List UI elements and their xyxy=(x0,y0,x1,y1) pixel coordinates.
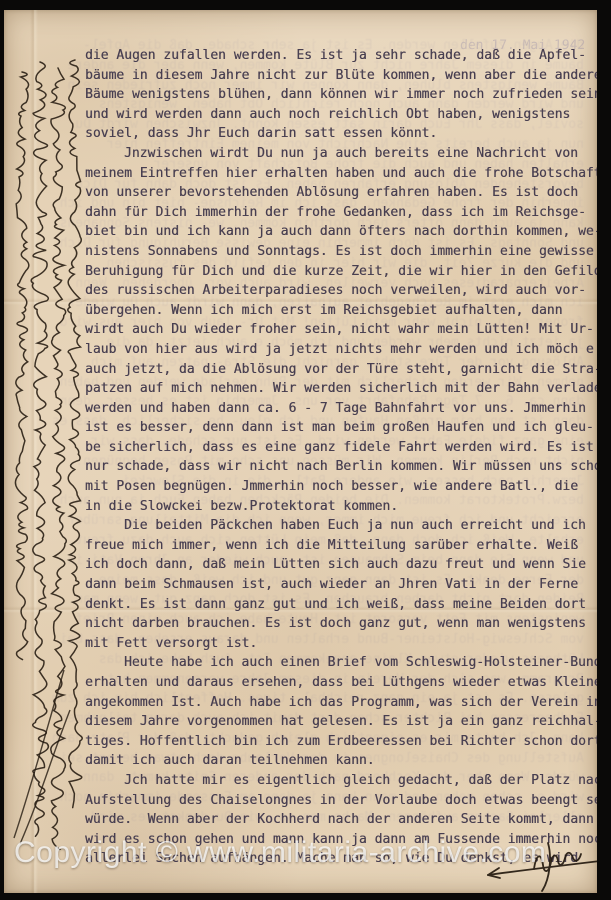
typed-line: und wird werden dann auch noch reichlich… xyxy=(85,105,597,125)
typed-line: Bäume wenigstens blühen, dann können wir… xyxy=(85,85,597,105)
typed-line: laub von hier aus wird ja jetzt nichts m… xyxy=(85,340,597,360)
scanned-letter-page: { "document": { "language": "German", "b… xyxy=(0,0,611,900)
typed-line: angekommen Ist. Auch habe ich das Progra… xyxy=(85,693,597,713)
typed-text: die Augen zufallen werden. Es ist ja seh… xyxy=(85,46,597,869)
typed-line: be sicherlich, dass es eine ganz fidele … xyxy=(85,438,597,458)
typed-line: dahn für Dich immerhin der frohe Gedanke… xyxy=(85,203,597,223)
typed-line: Beruhigung für Dich und die kurze Zeit, … xyxy=(85,262,597,282)
typed-line: nicht darben brauchen. Es ist doch ganz … xyxy=(85,614,597,634)
typed-line: von unserer bevorstehenden Ablösung erfa… xyxy=(85,183,597,203)
typed-line: in die Slowckei bezw.Protektorat kommen. xyxy=(85,497,597,517)
typed-line: Aufstellung des Chaiselongnes in der Vor… xyxy=(85,791,597,811)
typed-line: nur schade, dass wir nicht nach Berlin k… xyxy=(85,457,597,477)
typed-line: mit Posen begnügen. Jmmerhin noch besser… xyxy=(85,477,597,497)
typed-line: erhalten und daraus ersehen, dass bei Lü… xyxy=(85,673,597,693)
typed-line: Jch hatte mir es eigentlich gleich gedac… xyxy=(85,771,597,791)
typed-line: damit ich auch daran teilnehmen kann. xyxy=(85,751,597,771)
typed-line: Die beiden Päckchen haben Euch ja nun au… xyxy=(85,516,597,536)
typed-line: wirdt auch Du wieder froher sein, nicht … xyxy=(85,320,597,340)
typed-line: nistens Sonnabens und Sonntags. Es ist d… xyxy=(85,242,597,262)
typed-line: meinem Eintreffen hier erhalten haben un… xyxy=(85,164,597,184)
typed-line: Jnzwischen wirdt Du nun ja auch bereits … xyxy=(85,144,597,164)
copyright-watermark: Copyright © www.militaria-archive.com xyxy=(14,836,597,870)
letter-paper: die Augen zufallen werden. Es ist ja seh… xyxy=(4,10,597,893)
typed-line: soviel, dass Jhr Euch darin satt essen k… xyxy=(85,124,597,144)
typed-line: übergehen. Wenn ich mich erst im Reichsg… xyxy=(85,301,597,321)
typed-line: patzen auf mich nehmen. Wir werden siche… xyxy=(85,379,597,399)
typed-line: tiges. Hoffentlich bin ich zum Erdbeeres… xyxy=(85,732,597,752)
typed-line: diesem Jahre vorgenommen hat gelesen. Es… xyxy=(85,712,597,732)
typed-line: dann beim Schmausen ist, auch wieder an … xyxy=(85,575,597,595)
typed-line: freue mich immer, wenn ich die Mitteilun… xyxy=(85,536,597,556)
typed-line: des russischen Arbeiterparadieses noch v… xyxy=(85,281,597,301)
typed-line: werden und haben dann ca. 6 - 7 Tage Bah… xyxy=(85,399,597,419)
typed-line: bäume in diesem Jahre nicht zur Blüte ko… xyxy=(85,66,597,86)
typed-line: ist es besser, denn dann ist man beim gr… xyxy=(85,418,597,438)
typed-line: ich doch dann, daß mein Lütten sich auch… xyxy=(85,555,597,575)
typed-line: die Augen zufallen werden. Es ist ja seh… xyxy=(85,46,597,66)
typed-line: biet bin und ich kann ja auch dann öfter… xyxy=(85,222,597,242)
typed-line: denkt. Es ist dann ganz gut und ich weiß… xyxy=(85,595,597,615)
typed-line: Heute habe ich auch einen Brief vom Schl… xyxy=(85,653,597,673)
typed-line: würde. Wenn aber der Kochherd nach der a… xyxy=(85,810,597,830)
typed-line: auch jetzt, da die Ablösung vor der Türe… xyxy=(85,360,597,380)
margin-handwriting-strokes xyxy=(6,42,88,850)
typed-line: mit Fett versorgt ist. xyxy=(85,634,597,654)
margin-handwriting xyxy=(6,42,88,854)
